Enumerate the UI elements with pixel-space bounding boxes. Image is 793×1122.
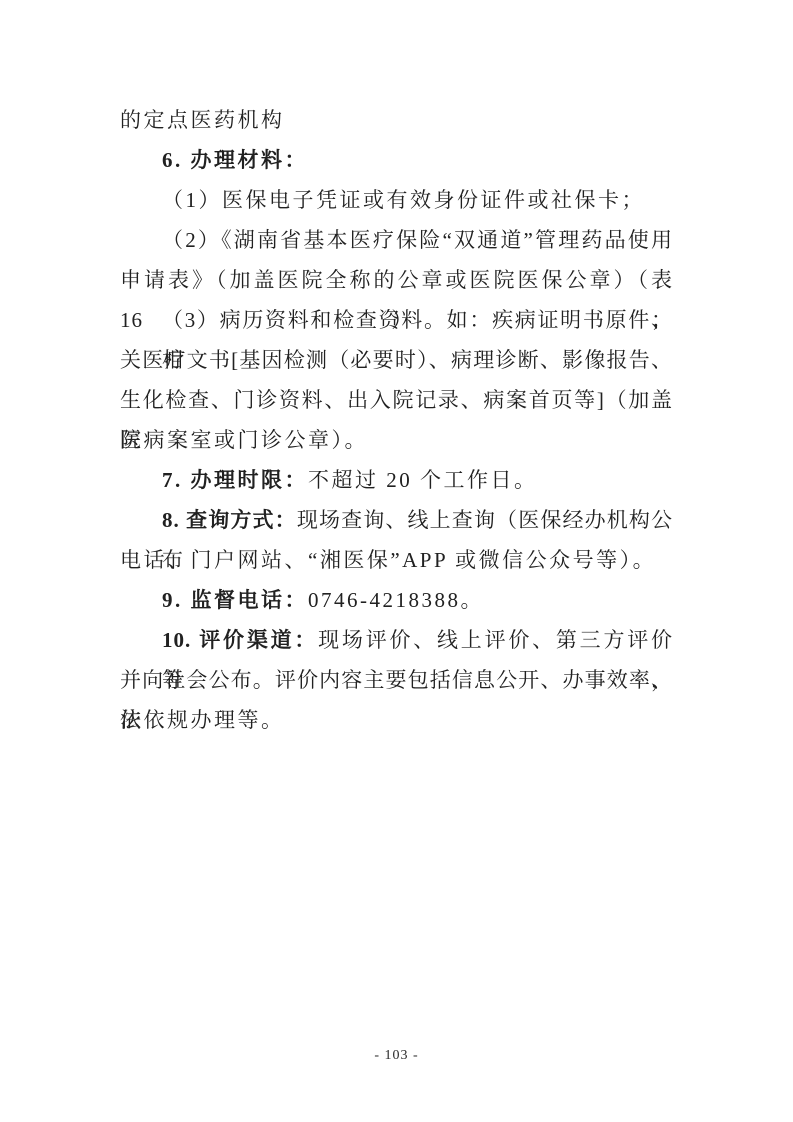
doc-line: （3）病历资料和检查资料。如：疾病证明书原件、相: [120, 300, 673, 340]
line-text: 的定点医药机构: [120, 108, 285, 132]
doc-line: 关医疗文书[基因检测（必要时）、病理诊断、影像报告、: [120, 340, 673, 380]
doc-line: （2）《湖南省基本医疗保险“双通道”管理药品使用: [120, 220, 673, 260]
line-text: 电话、门户网站、“湘医保”APP 或微信公众号等）。: [120, 548, 656, 572]
item-label: 7. 办理时限：: [162, 468, 308, 492]
doc-line: （1）医保电子凭证或有效身份证件或社保卡；: [120, 180, 673, 220]
doc-line: 8. 查询方式：现场查询、线上查询（医保经办机构公布: [120, 500, 673, 540]
line-text: 0746-4218388。: [308, 588, 484, 612]
doc-line: 生化检查、门诊资料、出入院记录、病案首页等]（加盖医: [120, 380, 673, 420]
doc-line: 9. 监督电话：0746-4218388。: [120, 580, 673, 620]
line-text: （1）医保电子凭证或有效身份证件或社保卡；: [162, 188, 645, 212]
doc-line: 院病案室或门诊公章）。: [120, 420, 673, 460]
item-label: 8. 查询方式：: [162, 508, 297, 532]
doc-line: 申请表》（加盖医院全称的公章或医院医保公章）（表 16）；: [120, 260, 673, 300]
line-text: 院病案室或门诊公章）。: [120, 428, 368, 452]
document-body: 的定点医药机构 6. 办理材料： （1）医保电子凭证或有效身份证件或社保卡； （…: [120, 100, 673, 740]
doc-line: 的定点医药机构: [120, 100, 673, 140]
doc-line: 法依规办理等。: [120, 700, 673, 740]
doc-line: 并向社会公布。评价内容主要包括信息公开、办事效率、依: [120, 660, 673, 700]
item-label: 9. 监督电话：: [162, 588, 308, 612]
doc-line: 10. 评价渠道：现场评价、线上评价、第三方评价等，: [120, 620, 673, 660]
doc-line: 电话、门户网站、“湘医保”APP 或微信公众号等）。: [120, 540, 673, 580]
line-text: 关医疗文书[基因检测（必要时）、病理诊断、影像报告、: [120, 348, 673, 372]
item-label: 10. 评价渠道：: [162, 628, 318, 652]
line-text: 法依规办理等。: [120, 708, 285, 732]
line-text: 不超过 20 个工作日。: [308, 468, 538, 492]
doc-line: 7. 办理时限：不超过 20 个工作日。: [120, 460, 673, 500]
line-text: （2）《湖南省基本医疗保险“双通道”管理药品使用: [162, 228, 673, 252]
doc-line-heading: 6. 办理材料：: [120, 140, 673, 180]
document-page: 的定点医药机构 6. 办理材料： （1）医保电子凭证或有效身份证件或社保卡； （…: [0, 0, 793, 1122]
item-label: 6. 办理材料：: [162, 148, 308, 172]
page-number: - 103 -: [0, 1048, 793, 1064]
